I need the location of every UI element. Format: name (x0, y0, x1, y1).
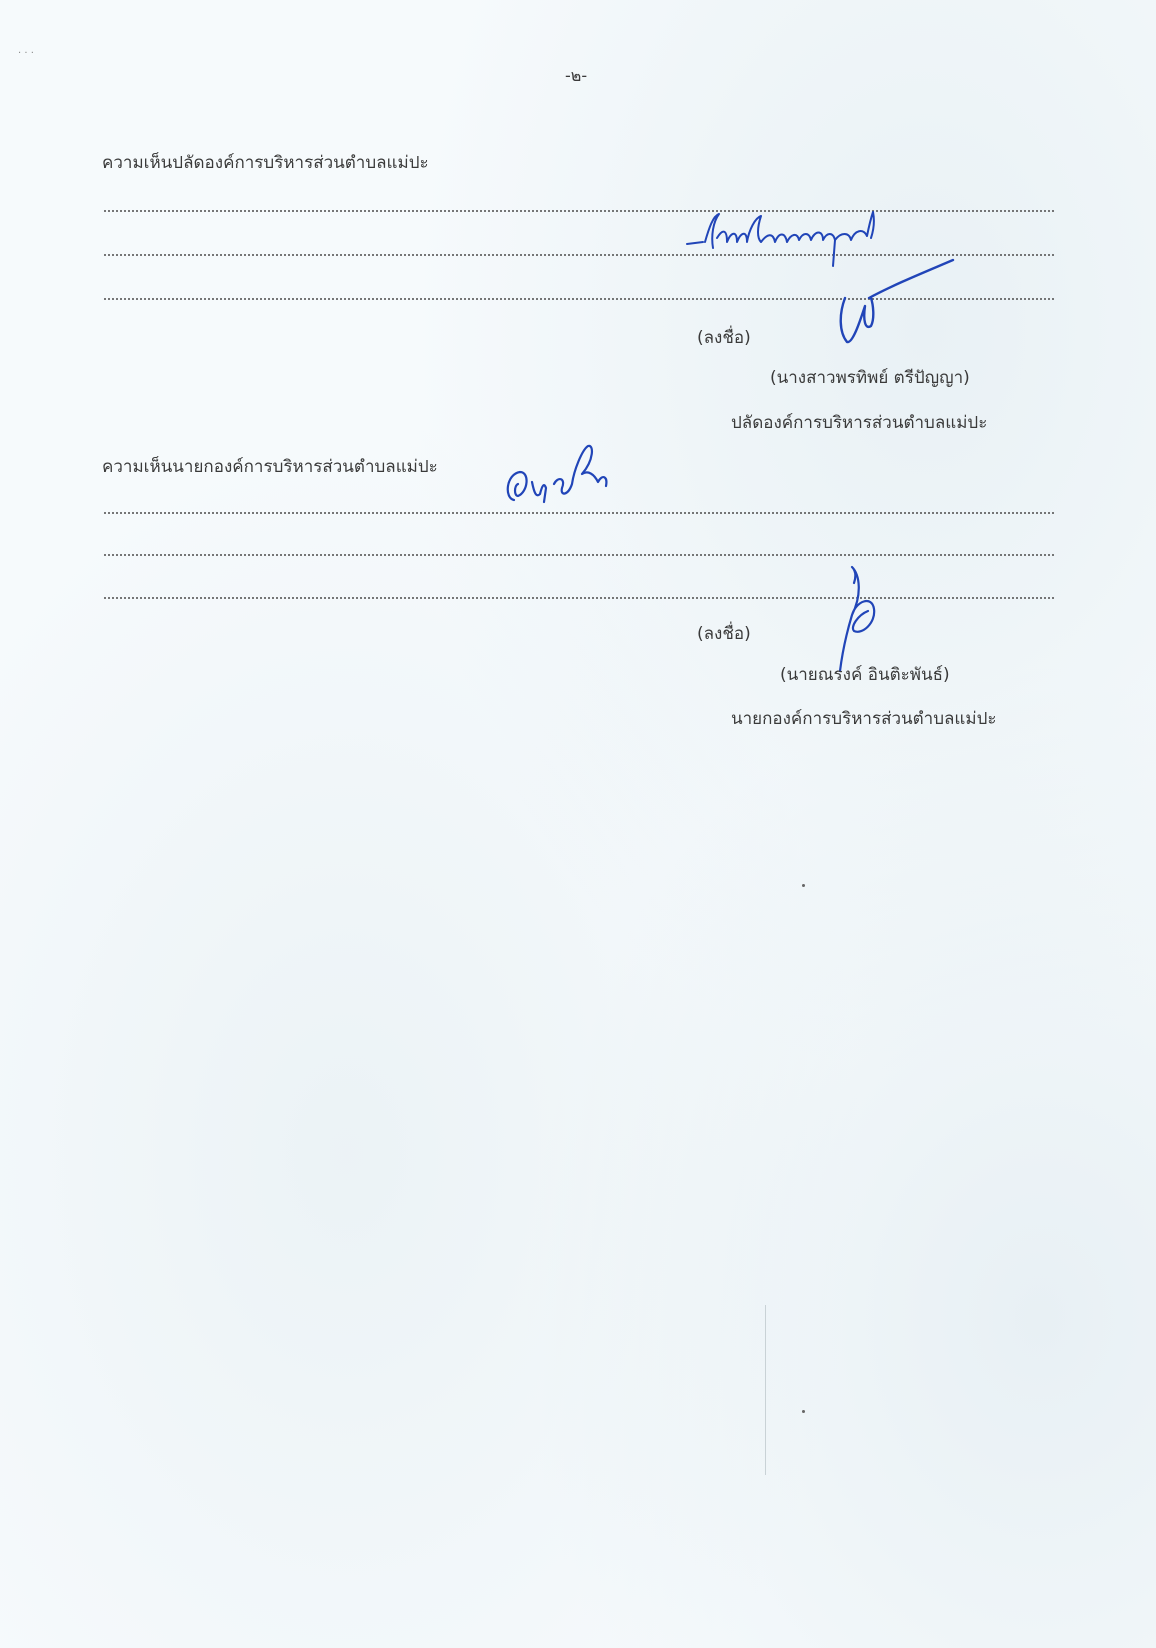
scan-mark (802, 884, 805, 887)
mayor-opinion-heading: ความเห็นนายกองค์การบริหารส่วนตำบลแม่ปะ (102, 459, 438, 476)
deputy-signer-position: ปลัดองค์การบริหารส่วนตำบลแม่ปะ (731, 415, 987, 432)
page-number: -๒- (565, 68, 587, 84)
mayor-sign-label: (ลงชื่อ) (697, 626, 751, 643)
document-page: · · · -๒- ความเห็นปลัดองค์การบริหารส่วนต… (0, 0, 1156, 1648)
scan-fold-line (765, 1305, 766, 1475)
deputy-sign-label: (ลงชื่อ) (697, 330, 751, 347)
deputy-signer-name: (นางสาวพรทิพย์ ตรีปัญญา) (770, 370, 970, 387)
deputy-opinion-heading: ความเห็นปลัดองค์การบริหารส่วนตำบลแม่ปะ (102, 155, 429, 172)
opinion-line-2 (103, 254, 1055, 256)
deputy-signature (835, 258, 955, 348)
opinion-line-6 (103, 597, 1055, 599)
scan-mark (802, 1410, 805, 1413)
opinion-line-1 (103, 210, 1055, 212)
mayor-handwritten-opinion (502, 440, 612, 510)
mayor-signer-position: นายกองค์การบริหารส่วนตำบลแม่ปะ (731, 711, 997, 728)
mayor-signature (838, 565, 888, 675)
opinion-line-5 (103, 554, 1055, 556)
scan-speck: · · · (18, 48, 34, 59)
opinion-line-4 (103, 512, 1055, 514)
mayor-signer-name: (นายณรงค์ อินติะพันธ์) (780, 667, 950, 684)
